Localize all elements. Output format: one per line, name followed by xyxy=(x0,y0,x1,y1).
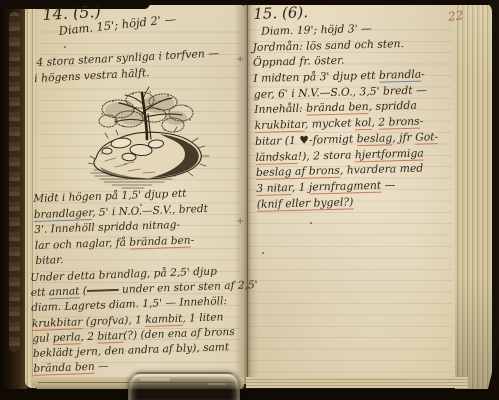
handwriting-segment: - xyxy=(190,234,194,246)
handwriting-segment: 2 brons xyxy=(378,115,420,130)
handwriting-segment: — xyxy=(95,360,109,372)
handwriting-segment: ländska xyxy=(255,149,298,164)
tree-on-burial-mound-sketch-icon xyxy=(88,86,214,192)
spine-frayed-edge xyxy=(9,12,20,352)
fore-edge-page-stack xyxy=(455,2,492,394)
left-lower-layer-note: Under detta brandlag, på 2,5' djupett an… xyxy=(30,263,261,377)
glass-glare xyxy=(140,378,170,381)
handwriting-segment: , hvardera med xyxy=(340,162,424,177)
handwriting-segment: Öppnad fr. öster. xyxy=(253,54,345,69)
gutter-cross-mark: + xyxy=(236,216,244,227)
bottom-page-edges xyxy=(246,377,468,388)
ink-speck xyxy=(262,252,264,254)
left-mid-layer-note: Midt i högen på 1,5' djup ettbrandlager,… xyxy=(33,186,210,270)
handwriting-segment: lar och naglar, få xyxy=(35,236,130,251)
glass-paperweight xyxy=(128,372,240,400)
handwriting-segment: bitar (1 ♥-formigt xyxy=(255,132,357,148)
handwriting-segment: under en stor sten af 2,5' xyxy=(119,279,258,296)
gutter-cross-mark: + xyxy=(236,54,244,65)
ink-speck xyxy=(64,46,66,48)
handwriting-segment: bitar. xyxy=(35,254,63,267)
handwriting-segment: gul xyxy=(32,332,53,345)
handwriting-segment: brända ben xyxy=(306,100,369,116)
handwriting-segment: - xyxy=(421,68,425,81)
handwriting-segment: , 2 xyxy=(80,330,97,343)
handwriting-segment: ett xyxy=(31,287,50,300)
handwriting-segment: (knif eller bygel?) xyxy=(257,195,354,212)
handwriting-segment: brandla xyxy=(379,68,422,83)
handwriting-segment: 3 nitar xyxy=(256,181,292,196)
handwriting-segment: Innehåll: xyxy=(254,102,306,116)
handwriting-segment: beslag af brons xyxy=(256,164,340,180)
handwriting-segment: kambit xyxy=(145,312,183,326)
right-page-number: 15. (6). xyxy=(253,3,308,23)
handwriting-segment: (?) (den ena af brons xyxy=(123,326,235,342)
handwriting-segment: Midt i högen på 1,5' djup ett xyxy=(33,188,187,205)
handwriting-segment: brända ben xyxy=(33,361,95,376)
handwriting-segment: brandlager xyxy=(34,206,93,221)
ink-speck xyxy=(310,222,312,224)
handwriting-segment: bitar xyxy=(97,330,123,344)
handwriting-segment: annat xyxy=(49,285,80,299)
handwriting-segment: 3'. Innehöll spridda nitnag- xyxy=(34,219,180,236)
handwriting-segment: krukbitar xyxy=(254,118,305,133)
handwriting-segment: Got- xyxy=(415,130,438,145)
handwriting-segment: Jordmån: lös sand och sten. xyxy=(252,37,404,54)
handwriting-segment: I midten på 3' djup ett xyxy=(253,69,379,85)
glass-glare xyxy=(208,383,226,385)
handwriting-segment: , 1 xyxy=(292,180,310,193)
handwriting-segment: (grofva), 1 xyxy=(82,314,145,328)
handwriting-segment: ——— xyxy=(87,284,119,297)
handwriting-segment: jernfragment xyxy=(309,179,382,195)
notebook-photo: 14. (5.) Diam. 15'; höjd 2' — 4 stora st… xyxy=(0,0,499,400)
handwriting-segment: , xyxy=(371,116,378,129)
handwriting-segment: kol xyxy=(355,116,372,130)
ink-speck xyxy=(140,204,142,206)
handwriting-segment: , jfr xyxy=(392,131,415,145)
handwriting-segment: , mycket xyxy=(305,116,355,130)
handwriting-segment: , spridda xyxy=(368,99,417,113)
handwriting-segment: krukbitar xyxy=(32,316,83,331)
handwriting-segment: , 1 liten xyxy=(182,311,223,324)
handwriting-segment: beslag xyxy=(356,131,392,146)
handwriting-segment: perla xyxy=(53,331,81,345)
handwriting-segment: !), 2 stora xyxy=(298,148,355,162)
folio-number: 22 xyxy=(447,8,464,24)
handwriting-segment: - xyxy=(419,115,423,128)
background-bottom-strip xyxy=(0,389,499,400)
handwriting-segment: , 5' i N.O.—S.V., bredt xyxy=(92,202,208,218)
handwriting-segment: Diam. 19'; höjd 3' — xyxy=(261,22,372,38)
right-page-body: Diam. 19'; höjd 3' —Jordmån: lös sand oc… xyxy=(252,19,440,212)
handwriting-segment: brända ben xyxy=(129,234,191,249)
handwriting-segment: hjertformiga xyxy=(355,146,424,162)
handwriting-segment: — xyxy=(381,178,396,191)
